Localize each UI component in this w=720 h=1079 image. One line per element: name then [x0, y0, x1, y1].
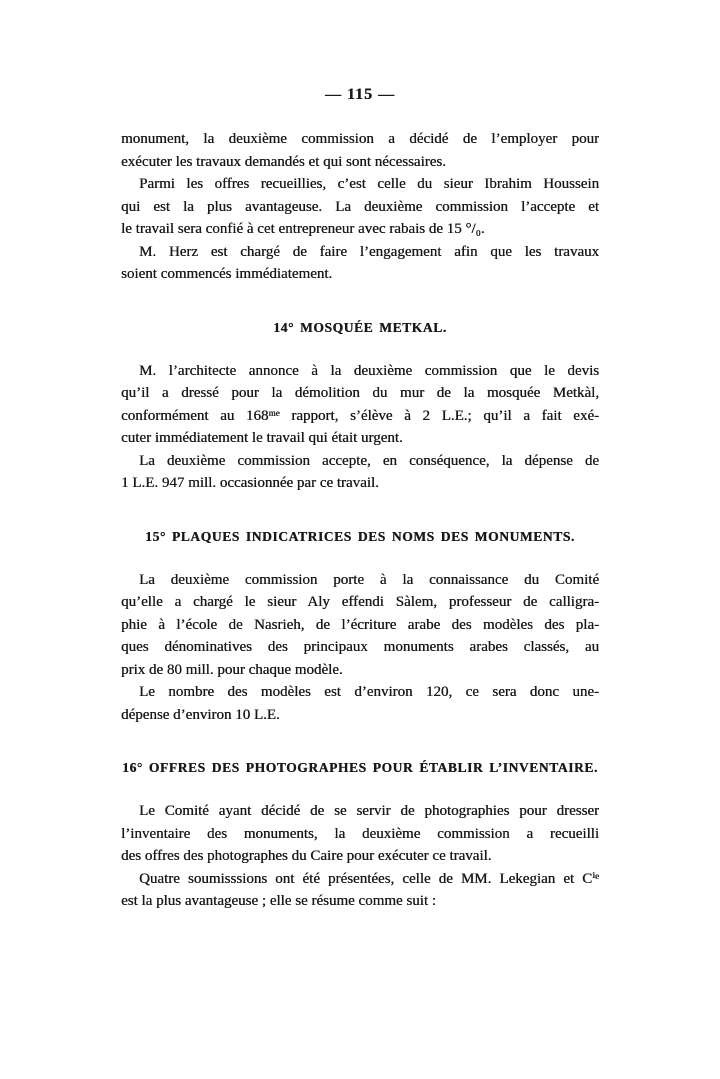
text-line: prix de 80 mill. pour chaque modèle.: [121, 659, 599, 682]
paragraph: Parmi les offres recueillies, c’est cell…: [121, 173, 599, 241]
section-heading-16: 16° OFFRES DES PHOTOGRAPHES POUR ÉTABLIR…: [121, 758, 599, 778]
text-line: Quatre soumisssions ont été présentées, …: [121, 868, 599, 891]
paragraph: monument, la deuxième commission a décid…: [121, 128, 599, 173]
text-line: dépense d’environ 10 L.E.: [121, 704, 599, 727]
text-line: qui est la plus avantageuse. La deuxième…: [121, 196, 599, 219]
page-body: — 115 — monument, la deuxième commission…: [121, 0, 599, 913]
text-line: phie à l’école de Nasrieh, de l’écriture…: [121, 614, 599, 637]
paragraph: La deuxième commission porte à la connai…: [121, 569, 599, 682]
paragraph: Le Comité ayant décidé de se servir de p…: [121, 800, 599, 868]
section-heading-15: 15° PLAQUES INDICATRICES DES NOMS DES MO…: [121, 527, 599, 547]
text-line: ques dénominatives des principaux monume…: [121, 636, 599, 659]
section-heading-14: 14° MOSQUÉE METKAL.: [121, 318, 599, 338]
text-line: des offres des photographes du Caire pou…: [121, 845, 599, 868]
text-line: est la plus avantageuse ; elle se résume…: [121, 890, 599, 913]
text-line: Le nombre des modèles est d’environ 120,…: [121, 681, 599, 704]
paragraph: M. l’architecte annonce à la deuxième co…: [121, 360, 599, 450]
page-number: — 115 —: [121, 86, 599, 104]
text-line: exécuter les travaux demandés et qui son…: [121, 151, 599, 174]
text-line: monument, la deuxième commission a décid…: [121, 128, 599, 151]
text-line: conformément au 168ᵐᵉ rapport, s’élève à…: [121, 405, 599, 428]
text-line: M. l’architecte annonce à la deuxième co…: [121, 360, 599, 383]
paragraph: La deuxième commission accepte, en consé…: [121, 450, 599, 495]
text-line: La deuxième commission accepte, en consé…: [121, 450, 599, 473]
text-line: 1 L.E. 947 mill. occasionnée par ce trav…: [121, 472, 599, 495]
paragraph: Le nombre des modèles est d’environ 120,…: [121, 681, 599, 726]
text-line: La deuxième commission porte à la connai…: [121, 569, 599, 592]
paragraph: Quatre soumisssions ont été présentées, …: [121, 868, 599, 913]
text-line: M. Herz est chargé de faire l’engagement…: [121, 241, 599, 264]
text-line: le travail sera confié à cet entrepreneu…: [121, 218, 599, 241]
text-line: qu’elle a chargé le sieur Aly effendi Sà…: [121, 591, 599, 614]
text-line: Le Comité ayant décidé de se servir de p…: [121, 800, 599, 823]
paragraph: M. Herz est chargé de faire l’engagement…: [121, 241, 599, 286]
text-line: Parmi les offres recueillies, c’est cell…: [121, 173, 599, 196]
text-line: soient commencés immédiatement.: [121, 263, 599, 286]
document-page: — 115 — monument, la deuxième commission…: [0, 0, 720, 1079]
text-line: l’inventaire des monuments, la deuxième …: [121, 823, 599, 846]
text-line: cuter immédiatement le travail qui était…: [121, 427, 599, 450]
text-line: qu’il a dressé pour la démolition du mur…: [121, 382, 599, 405]
